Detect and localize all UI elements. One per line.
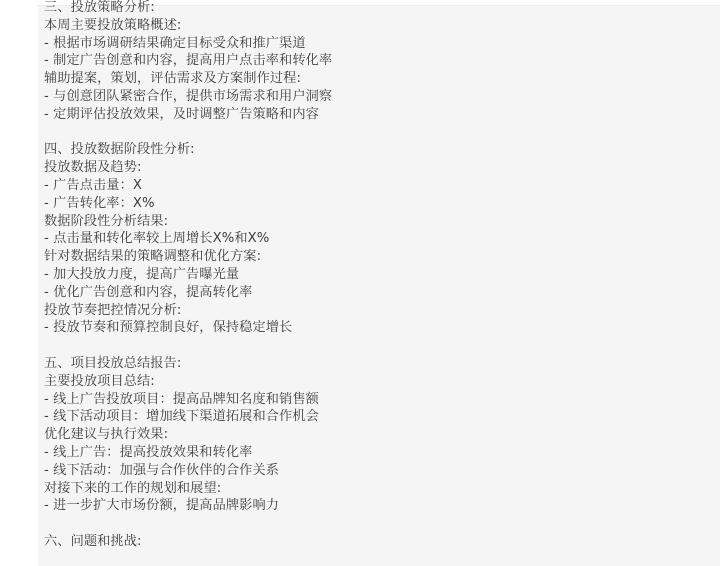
bullet-item: - 广告点击量：X xyxy=(44,177,704,195)
blank-line xyxy=(44,337,704,355)
bullet-item: - 与创意团队紧密合作，提供市场需求和用户洞察 xyxy=(44,88,704,106)
section-heading: 五、项目投放总结报告: xyxy=(44,355,704,373)
subheading: 本周主要投放策略概述: xyxy=(44,17,704,35)
bullet-item: - 制定广告创意和内容，提高用户点击率和转化率 xyxy=(44,52,704,70)
subheading: 投放数据及趋势: xyxy=(44,159,704,177)
bullet-item: - 进一步扩大市场份额，提高品牌影响力 xyxy=(44,497,704,515)
section-heading: 三、投放策略分析: xyxy=(44,0,704,17)
bullet-item: - 根据市场调研结果确定目标受众和推广渠道 xyxy=(44,35,704,53)
subheading: 辅助提案，策划，评估需求及方案制作过程: xyxy=(44,70,704,88)
subheading: 优化建议与执行效果: xyxy=(44,426,704,444)
bullet-item: - 加大投放力度，提高广告曝光量 xyxy=(44,266,704,284)
bullet-item: - 优化广告创意和内容，提高转化率 xyxy=(44,284,704,302)
subheading: 数据阶段性分析结果: xyxy=(44,213,704,231)
bullet-item: - 点击量和转化率较上周增长X%和X% xyxy=(44,230,704,248)
section-heading: 六、问题和挑战: xyxy=(44,533,704,551)
bullet-item: - 定期评估投放效果，及时调整广告策略和内容 xyxy=(44,106,704,124)
subheading: 针对数据结果的策略调整和优化方案: xyxy=(44,248,704,266)
bullet-item: - 线上广告投放项目：提高品牌知名度和销售额 xyxy=(44,391,704,409)
document-body: 三、投放策略分析: 本周主要投放策略概述: - 根据市场调研结果确定目标受众和推… xyxy=(44,0,704,551)
blank-line xyxy=(44,515,704,533)
bullet-item: - 广告转化率：X% xyxy=(44,195,704,213)
bullet-item: - 线下活动项目：增加线下渠道拓展和合作机会 xyxy=(44,408,704,426)
subheading: 投放节奏把控情况分析: xyxy=(44,302,704,320)
bullet-item: - 线上广告：提高投放效果和转化率 xyxy=(44,444,704,462)
subheading: 对接下来的工作的规划和展望: xyxy=(44,480,704,498)
bullet-item: - 投放节奏和预算控制良好，保持稳定增长 xyxy=(44,319,704,337)
subheading: 主要投放项目总结: xyxy=(44,373,704,391)
section-heading: 四、投放数据阶段性分析: xyxy=(44,141,704,159)
blank-line xyxy=(44,124,704,142)
bullet-item: - 线下活动：加强与合作伙伴的合作关系 xyxy=(44,462,704,480)
